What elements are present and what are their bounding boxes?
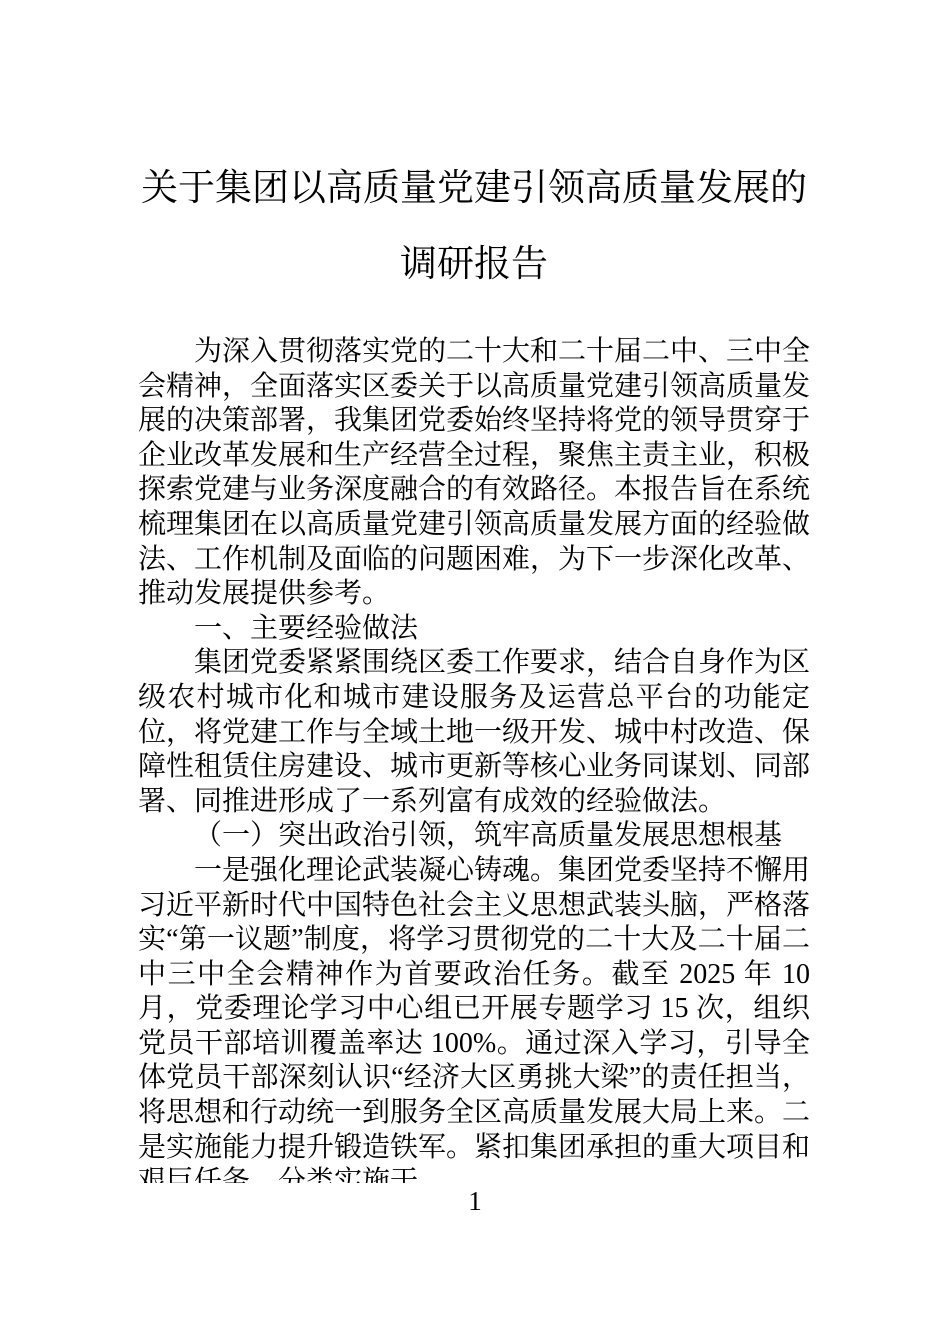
page-number: 1 xyxy=(468,1186,482,1216)
page-footer: 1 xyxy=(0,1186,950,1216)
paragraph-intro: 为深入贯彻落实党的二十大和二十届二中、三中全会精神，全面落实区委关于以高质量党建… xyxy=(138,335,810,612)
document-title-line-1: 关于集团以高质量党建引领高质量发展的 xyxy=(138,150,810,226)
document-title: 关于集团以高质量党建引领高质量发展的 调研报告 xyxy=(138,150,810,302)
paragraph-overview: 集团党委紧紧围绕区委工作要求，结合自身作为区级农村城市化和城市建设服务及运营总平… xyxy=(138,646,810,819)
heading-political-leadership: （一）突出政治引领，筑牢高质量发展思想根基 xyxy=(138,819,810,854)
paragraph-theory-learning: 一是强化理论武装凝心铸魂。集团党委坚持不懈用习近平新时代中国特色社会主义思想武装… xyxy=(138,854,810,1183)
document-body: 为深入贯彻落实党的二十大和二十届二中、三中全会精神，全面落实区委关于以高质量党建… xyxy=(138,335,810,1183)
document-title-line-2: 调研报告 xyxy=(138,226,810,302)
document-content: 关于集团以高质量党建引领高质量发展的 调研报告 为深入贯彻落实党的二十大和二十届… xyxy=(138,0,810,1183)
document-page: 关于集团以高质量党建引领高质量发展的 调研报告 为深入贯彻落实党的二十大和二十届… xyxy=(0,0,950,1344)
heading-main-experience: 一、主要经验做法 xyxy=(138,612,810,647)
